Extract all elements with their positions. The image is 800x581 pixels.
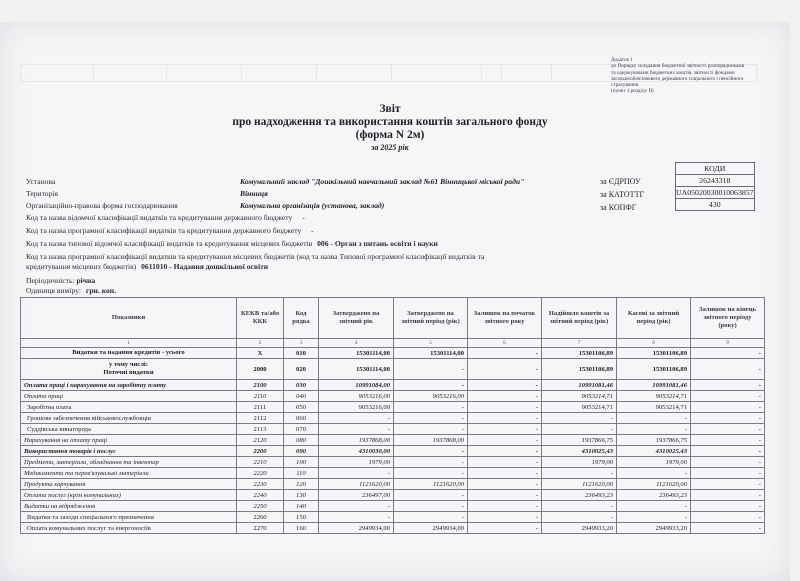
- cell-approved-period: -: [394, 468, 468, 479]
- cell-balance-start: -: [468, 380, 542, 391]
- org-form-value: Комунальна організація (установа, заклад…: [240, 201, 384, 210]
- cell-row-code: 050: [284, 402, 319, 413]
- cell-received: 4310025,43: [542, 446, 617, 457]
- periodicity-value: річна: [76, 276, 95, 285]
- cell-balance-start: -: [468, 457, 542, 468]
- cell-approved-year: -: [319, 468, 394, 479]
- cell-row-code: 080: [284, 435, 319, 446]
- report-period: за 2025 рік: [200, 142, 580, 154]
- table-row: Оплата праці і нарахування на заробітну …: [21, 380, 765, 391]
- cell-row-code: 120: [284, 479, 319, 490]
- cell-approved-year: -: [319, 424, 394, 435]
- cell-balance-start: -: [468, 523, 542, 534]
- cell-row-code: 060: [284, 413, 319, 424]
- cell-approved-period: -: [394, 512, 468, 523]
- cell-approved-period: -: [394, 446, 468, 457]
- appendix-line: (пункт 1 розділу II): [611, 88, 791, 94]
- cell-approved-year: 10991084,00: [319, 380, 394, 391]
- cell-kekv: 2220: [237, 468, 284, 479]
- cell-cash: 10991081,46: [617, 380, 691, 391]
- cell-approved-year: 15301114,00: [319, 359, 394, 380]
- dept-class-state-value: -: [302, 213, 305, 222]
- table-row: Використання товарів і послуг22000904310…: [21, 446, 765, 457]
- cell-approved-period: 9053216,00: [394, 391, 468, 402]
- cell-approved-period: 2949934,00: [394, 523, 468, 534]
- cell-cash: -: [617, 512, 691, 523]
- cell-received: 1121620,00: [542, 479, 617, 490]
- cell-balance-end: -: [691, 380, 765, 391]
- table-row: Суддівська винагорода2113070------: [21, 424, 765, 435]
- cell-received: -: [542, 424, 617, 435]
- table-row: Предмети, матеріали, обладнання та інвен…: [21, 457, 765, 468]
- cell-balance-end: -: [691, 424, 765, 435]
- cell-kekv: 2260: [237, 512, 284, 523]
- code-label-edrpou: за ЄДРПОУ: [600, 177, 641, 186]
- cell-kekv: 2230: [237, 479, 284, 490]
- cell-received: 1979,00: [542, 457, 617, 468]
- col-header-row-code: Код рядка: [284, 298, 319, 339]
- table-header-row: Показники КЕКВ та/або ККК Код рядка Затв…: [21, 298, 765, 339]
- cell-row-code: 140: [284, 501, 319, 512]
- cell-received: -: [542, 501, 617, 512]
- cell-approved-year: 1979,00: [319, 457, 394, 468]
- indicator-name: Поточні видатки: [24, 369, 233, 377]
- cell-row-code: 010: [284, 348, 319, 359]
- cell-approved-year: 4310030,00: [319, 446, 394, 457]
- typical-dept-local-value: 006 - Орган з питань освіти і науки: [317, 239, 438, 248]
- territory-value: Вінниця: [240, 189, 268, 198]
- cell-indicator: Видатки на відрядження: [21, 501, 237, 512]
- code-value-edrpou: 26243318: [676, 175, 755, 187]
- cell-indicator: Оплата послуг (крім комунальних): [21, 490, 237, 501]
- cell-cash: 15301106,89: [617, 348, 691, 359]
- col-header-balance-start: Залишок на початок звітного року: [468, 298, 542, 339]
- cell-row-code: 160: [284, 523, 319, 534]
- cell-row-code: 150: [284, 512, 319, 523]
- cell-approved-period: -: [394, 380, 468, 391]
- institution-label: Установа: [26, 177, 55, 186]
- table-row: Оплата комунальних послуг та енергоносії…: [21, 523, 765, 534]
- cell-balance-end: -: [691, 413, 765, 424]
- cell-approved-period: -: [394, 424, 468, 435]
- prog-class-local-label-1: Код та назва програмної класифікації вид…: [26, 252, 484, 261]
- cell-kekv: 2100: [237, 380, 284, 391]
- col-number: 4: [319, 339, 394, 348]
- cell-balance-start: -: [468, 402, 542, 413]
- cell-indicator: Заробітна плата: [21, 402, 237, 413]
- cell-approved-period: -: [394, 501, 468, 512]
- cell-cash: -: [617, 468, 691, 479]
- cell-indicator: у тому числі:Поточні видатки: [21, 359, 237, 380]
- unit: Одиниця виміру: грн. коп.: [26, 286, 116, 295]
- cell-balance-start: -: [468, 479, 542, 490]
- appendix-note: Додаток 1 до Порядку складання бюджетної…: [611, 57, 791, 95]
- cell-approved-year: 2949934,00: [319, 523, 394, 534]
- prog-class-local-label-2: кредитування місцевих бюджетів): [26, 262, 136, 271]
- cell-approved-year: -: [319, 512, 394, 523]
- cell-kekv: 2270: [237, 523, 284, 534]
- col-number: 5: [394, 339, 468, 348]
- cell-received: 15301106,89: [542, 348, 617, 359]
- periodicity-label: Періодичність:: [26, 276, 75, 285]
- cell-balance-start: -: [468, 512, 542, 523]
- table-row: Продукти харчування22301201121620,001121…: [21, 479, 765, 490]
- institution-value: Комунальний заклад "Дошкільний навчальни…: [240, 177, 524, 186]
- table-row: Видатки та надання кредитів - усьогоX010…: [21, 348, 765, 359]
- cell-received: 1937866,75: [542, 435, 617, 446]
- cell-approved-year: 1121620,00: [319, 479, 394, 490]
- cell-row-code: 130: [284, 490, 319, 501]
- code-value-katottg: UA05020030010063857: [676, 187, 755, 199]
- cell-cash: -: [617, 413, 691, 424]
- cell-row-code: 100: [284, 457, 319, 468]
- cell-received: 10991081,46: [542, 380, 617, 391]
- codes-header: КОДИ: [676, 163, 755, 175]
- cell-kekv: 2110: [237, 391, 284, 402]
- cell-indicator: Використання товарів і послуг: [21, 446, 237, 457]
- cell-balance-start: -: [468, 391, 542, 402]
- cell-row-code: 040: [284, 391, 319, 402]
- cell-indicator: Предмети, матеріали, обладнання та інвен…: [21, 457, 237, 468]
- cell-indicator: Видатки та надання кредитів - усього: [21, 348, 237, 359]
- cell-indicator: Продукти харчування: [21, 479, 237, 490]
- periodicity: Періодичність: річна: [26, 276, 95, 285]
- cell-balance-start: -: [468, 468, 542, 479]
- cell-approved-year: 15301114,00: [319, 348, 394, 359]
- cell-kekv: 2120: [237, 435, 284, 446]
- cell-approved-year: -: [319, 501, 394, 512]
- indicator-subtitle: у тому числі:: [24, 361, 233, 369]
- prog-class-state: Код та назва програмної класифікації вид…: [26, 226, 314, 235]
- col-header-balance-end: Залишок на кінець звітного періоду (року…: [691, 298, 765, 339]
- cell-balance-end: -: [691, 348, 765, 359]
- cell-balance-start: -: [468, 424, 542, 435]
- cell-approved-period: 15301114,00: [394, 348, 468, 359]
- cell-approved-year: 9053216,00: [319, 391, 394, 402]
- cell-indicator: Оплата праці: [21, 391, 237, 402]
- cell-approved-period: -: [394, 413, 468, 424]
- cell-balance-start: -: [468, 413, 542, 424]
- typical-dept-local: Код та назва типової відомчої класифікац…: [26, 239, 438, 248]
- cell-kekv: X: [237, 348, 284, 359]
- cell-row-code: 090: [284, 446, 319, 457]
- typical-dept-local-label: Код та назва типової відомчої класифікац…: [26, 239, 312, 248]
- cell-received: -: [542, 468, 617, 479]
- form-number: (форма N 2м): [200, 129, 580, 142]
- cell-cash: 236493,23: [617, 490, 691, 501]
- cell-approved-period: -: [394, 457, 468, 468]
- table-row: Видатки та заходи спеціального призначен…: [21, 512, 765, 523]
- prog-class-state-label: Код та назва програмної класифікації вид…: [26, 226, 301, 235]
- cell-approved-year: 1937868,00: [319, 435, 394, 446]
- code-label-katottg: за КАТОТТГ: [600, 190, 644, 199]
- prog-class-local: кредитування місцевих бюджетів) 0611010 …: [26, 262, 268, 271]
- cell-row-code: 110: [284, 468, 319, 479]
- col-header-received: Надійшло коштів за звітний період (рік): [542, 298, 617, 339]
- code-label-kopfg: за КОПФГ: [600, 203, 636, 212]
- cell-cash: 1979,00: [617, 457, 691, 468]
- cell-kekv: 2240: [237, 490, 284, 501]
- codes-table: КОДИ 26243318 UA05020030010063857 430: [675, 162, 755, 211]
- prog-class-state-value: -: [311, 226, 314, 235]
- report-title: Звіт про надходження та використання кош…: [200, 103, 580, 154]
- cell-row-code: 070: [284, 424, 319, 435]
- table-row: Нарахування на оплату праці2120080193786…: [21, 435, 765, 446]
- cell-approved-year: 236497,00: [319, 490, 394, 501]
- col-header-indicators: Показники: [21, 298, 237, 339]
- cell-kekv: 2000: [237, 359, 284, 380]
- cell-cash: 1937866,75: [617, 435, 691, 446]
- cell-balance-end: -: [691, 479, 765, 490]
- cell-cash: 9053214,71: [617, 391, 691, 402]
- table-row: Грошове забезпечення військовослужбовців…: [21, 413, 765, 424]
- cell-cash: 9053214,71: [617, 402, 691, 413]
- col-number: 3: [284, 339, 319, 348]
- cell-balance-end: -: [691, 490, 765, 501]
- cell-cash: 4310025,43: [617, 446, 691, 457]
- cell-kekv: 2113: [237, 424, 284, 435]
- cell-cash: 15301106,89: [617, 359, 691, 380]
- column-number-row: 1 2 3 4 5 6 7 8 9: [21, 339, 765, 348]
- unit-value: грн. коп.: [86, 286, 116, 295]
- cell-indicator: Оплата комунальних послуг та енергоносії…: [21, 523, 237, 534]
- cell-indicator: Медикаменти та перев'язувальні матеріали: [21, 468, 237, 479]
- cell-kekv: 2200: [237, 446, 284, 457]
- cell-row-code: 020: [284, 359, 319, 380]
- cell-balance-start: -: [468, 348, 542, 359]
- cell-approved-period: 1121620,00: [394, 479, 468, 490]
- cell-approved-period: -: [394, 490, 468, 501]
- cell-approved-year: 9053216,00: [319, 402, 394, 413]
- table-row: у тому числі:Поточні видатки200002015301…: [21, 359, 765, 380]
- table-row: Оплата праці21100409053216,009053216,00-…: [21, 391, 765, 402]
- dept-class-state: Код та назва відомчої класифікації видат…: [26, 213, 305, 222]
- col-number: 8: [617, 339, 691, 348]
- col-header-approved-period: Затверджено на звітний період (рік): [394, 298, 468, 339]
- cell-kekv: 2250: [237, 501, 284, 512]
- cell-kekv: 2112: [237, 413, 284, 424]
- col-number: 9: [691, 339, 765, 348]
- cell-received: 9053214,71: [542, 402, 617, 413]
- unit-label: Одиниця виміру:: [26, 286, 81, 295]
- cell-balance-start: -: [468, 359, 542, 380]
- cell-indicator: Грошове забезпечення військовослужбовців: [21, 413, 237, 424]
- org-form-label: Організаційно-правова форма господарюван…: [26, 201, 178, 210]
- cell-balance-end: -: [691, 512, 765, 523]
- cell-balance-end: -: [691, 523, 765, 534]
- territory-label: Територія: [26, 189, 58, 198]
- cell-approved-period: 1937868,00: [394, 435, 468, 446]
- cell-row-code: 030: [284, 380, 319, 391]
- cell-approved-year: -: [319, 413, 394, 424]
- dept-class-state-label: Код та назва відомчої класифікації видат…: [26, 213, 292, 222]
- table-row: Оплата послуг (крім комунальних)22401302…: [21, 490, 765, 501]
- cell-received: -: [542, 512, 617, 523]
- code-value-kopfg: 430: [676, 199, 755, 211]
- cell-cash: 2949933,20: [617, 523, 691, 534]
- cell-balance-end: -: [691, 457, 765, 468]
- col-number: 7: [542, 339, 617, 348]
- cell-balance-start: -: [468, 490, 542, 501]
- cell-approved-period: -: [394, 402, 468, 413]
- col-number: 6: [468, 339, 542, 348]
- cell-balance-end: -: [691, 359, 765, 380]
- cell-balance-start: -: [468, 435, 542, 446]
- col-header-cash: Касові за звітний період (рік): [617, 298, 691, 339]
- title-line-1: Звіт: [200, 103, 580, 116]
- cell-kekv: 2210: [237, 457, 284, 468]
- col-number: 1: [21, 339, 237, 348]
- cell-received: -: [542, 413, 617, 424]
- cell-cash: -: [617, 501, 691, 512]
- prog-class-local-value: 0611010 - Надання дошкільної освіти: [141, 262, 268, 271]
- cell-balance-end: -: [691, 468, 765, 479]
- cell-cash: 1121620,00: [617, 479, 691, 490]
- cell-balance-end: -: [691, 402, 765, 413]
- col-header-kekv: КЕКВ та/або ККК: [237, 298, 284, 339]
- table-row: Заробітна плата21110509053216,00--905321…: [21, 402, 765, 413]
- cell-received: 236493,23: [542, 490, 617, 501]
- cell-balance-end: -: [691, 501, 765, 512]
- cell-indicator: Оплата праці і нарахування на заробітну …: [21, 380, 237, 391]
- cell-cash: -: [617, 424, 691, 435]
- cell-balance-end: -: [691, 391, 765, 402]
- cell-received: 9053214,71: [542, 391, 617, 402]
- cell-indicator: Суддівська винагорода: [21, 424, 237, 435]
- title-line-2: про надходження та використання коштів з…: [200, 116, 580, 129]
- cell-kekv: 2111: [237, 402, 284, 413]
- cell-indicator: Нарахування на оплату праці: [21, 435, 237, 446]
- cell-balance-end: -: [691, 446, 765, 457]
- col-header-approved-year: Затверджено на звітний рік: [319, 298, 394, 339]
- cell-balance-end: -: [691, 435, 765, 446]
- cell-balance-start: -: [468, 446, 542, 457]
- cell-approved-period: -: [394, 359, 468, 380]
- cell-received: 2949933,20: [542, 523, 617, 534]
- cell-indicator: Видатки та заходи спеціального призначен…: [21, 512, 237, 523]
- col-number: 2: [237, 339, 284, 348]
- report-table: Показники КЕКВ та/або ККК Код рядка Затв…: [20, 297, 765, 534]
- cell-received: 15301106,89: [542, 359, 617, 380]
- table-row: Видатки на відрядження2250140------: [21, 501, 765, 512]
- cell-balance-start: -: [468, 501, 542, 512]
- table-row: Медикаменти та перев'язувальні матеріали…: [21, 468, 765, 479]
